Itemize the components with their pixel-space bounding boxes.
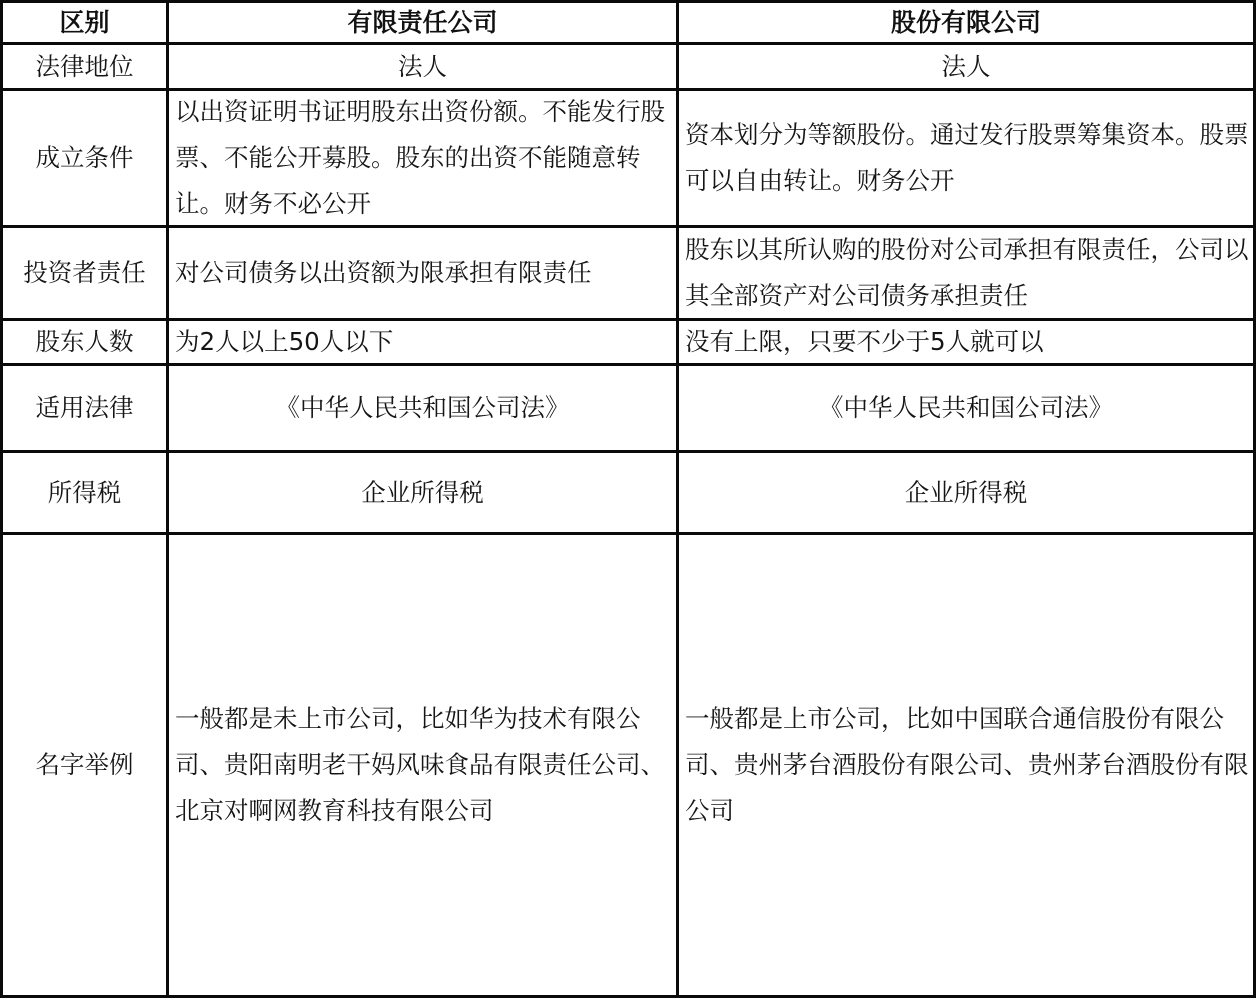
header-cell-category: 区别 xyxy=(3,3,166,42)
header-label: 股份有限公司 xyxy=(891,0,1041,46)
header-cell-llc: 有限责任公司 xyxy=(169,3,676,42)
row-label-applicable-law: 适用法律 xyxy=(3,366,166,450)
row-label-establishment: 成立条件 xyxy=(3,91,166,225)
cell-jsc-applicable-law: 《中华人民共和国公司法》 xyxy=(679,366,1253,450)
cell-jsc-shareholder-count: 没有上限，只要不少于5人就可以 xyxy=(679,321,1253,363)
cell-jsc-legal-status: 法人 xyxy=(679,45,1253,88)
cell-jsc-name-examples: 一般都是上市公司，比如中国联合通信股份有限公司、贵州茅台酒股份有限公司、贵州茅台… xyxy=(679,535,1253,995)
header-cell-jsc: 股份有限公司 xyxy=(679,3,1253,42)
cell-llc-income-tax: 企业所得税 xyxy=(169,453,676,532)
row-label-name-examples: 名字举例 xyxy=(3,535,166,995)
cell-llc-establishment: 以出资证明书证明股东出资份额。不能发行股票、不能公开募股。股东的出资不能随意转让… xyxy=(169,91,676,225)
header-label: 有限责任公司 xyxy=(347,0,497,46)
row-divider xyxy=(0,995,1256,998)
row-label-legal-status: 法律地位 xyxy=(3,45,166,88)
column-divider xyxy=(1253,0,1256,998)
row-label-shareholder-count: 股东人数 xyxy=(3,321,166,363)
header-label: 区别 xyxy=(59,0,109,46)
cell-jsc-establishment: 资本划分为等额股份。通过发行股票筹集资本。股票可以自由转让。财务公开 xyxy=(679,91,1253,225)
cell-llc-investor-liability: 对公司债务以出资额为限承担有限责任 xyxy=(169,228,676,318)
cell-jsc-investor-liability: 股东以其所认购的股份对公司承担有限责任，公司以其全部资产对公司债务承担责任 xyxy=(679,228,1253,318)
cell-llc-legal-status: 法人 xyxy=(169,45,676,88)
cell-llc-shareholder-count: 为2人以上50人以下 xyxy=(169,321,676,363)
comparison-table: 区别 有限责任公司 股份有限公司 法律地位 法人 法人 成立条件 以出资证明书证… xyxy=(0,0,1258,1000)
row-label-investor-liability: 投资者责任 xyxy=(3,228,166,318)
row-label-income-tax: 所得税 xyxy=(3,453,166,532)
cell-jsc-income-tax: 企业所得税 xyxy=(679,453,1253,532)
cell-llc-applicable-law: 《中华人民共和国公司法》 xyxy=(169,366,676,450)
cell-llc-name-examples: 一般都是未上市公司，比如华为技术有限公司、贵阳南明老干妈风味食品有限责任公司、北… xyxy=(169,535,676,995)
